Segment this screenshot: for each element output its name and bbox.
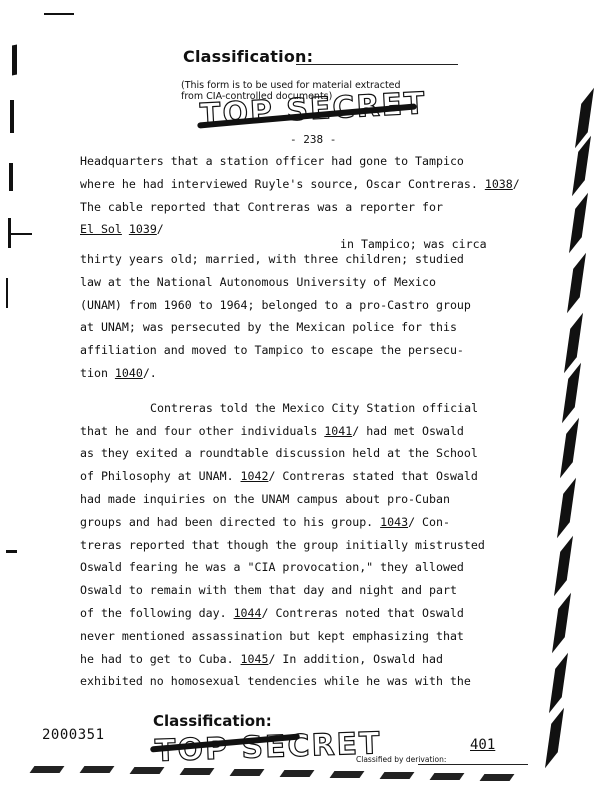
footer-rhombus-mark [480,774,515,781]
footer-rhombus-mark [430,773,465,780]
footer-rhombus-mark [80,766,115,773]
classification-line-top [296,64,458,65]
text-line: affiliation and moved to Tampico to esca… [80,339,550,362]
footer-rhombus-mark [280,770,315,777]
text-line: where he had interviewed Ruyle's source,… [80,173,550,196]
page-number-top: - 238 - [290,133,336,146]
text-line: groups and had been directed to his grou… [80,511,550,534]
footer-rhombus-mark [330,771,365,778]
text-line: never mentioned assassination but kept e… [80,625,550,648]
text-line: Contreras told the Mexico City Station o… [80,397,550,420]
margin-rhombus-mark [567,253,586,313]
margin-scribble-mark [10,233,32,235]
page-number-bottom: 401 [470,737,495,753]
text-line: The cable reported that Contreras was a … [80,196,550,219]
classified-by-line [418,764,528,765]
footnote-ref: 1038 [485,177,513,191]
text-line: Headquarters that a station officer had … [80,150,550,173]
footnote-ref: 1043 [380,515,408,529]
margin-rhombus-mark [554,536,573,596]
text-line: that he and four other individuals 1041/… [80,420,550,443]
classification-label-bottom: Classification: [153,712,272,730]
footnote-ref: 1039 [129,222,157,236]
text-line: at UNAM; was persecuted by the Mexican p… [80,316,550,339]
classification-label-top: Classification: [183,47,313,66]
footnote-ref: 1041 [324,424,352,438]
text-line: (UNAM) from 1960 to 1964; belonged to a … [80,294,550,317]
text-line: tion 1040/. [80,362,550,385]
margin-bar-mark [9,163,13,191]
top-dash-mark [44,13,74,15]
classified-by-label: Classified by derivation: [356,755,446,764]
text-line: of the following day. 1044/ Contreras no… [80,602,550,625]
text-line: Oswald to remain with them that day and … [80,579,550,602]
margin-bar-mark [10,100,14,133]
margin-bracket-mark [12,45,17,76]
margin-dash-mark [6,550,17,553]
footnote-ref: 1042 [241,469,269,483]
margin-rhombus-mark [560,418,579,478]
text-line: had made inquiries on the UNAM campus ab… [80,488,550,511]
text-line: law at the National Autonomous Universit… [80,271,550,294]
margin-rhombus-mark [545,708,564,768]
footnote-ref: 1045 [241,652,269,666]
text-line: of Philosophy at UNAM. 1042/ Contreras s… [80,465,550,488]
text-line: Oswald fearing he was a "CIA provocation… [80,556,550,579]
footer-rhombus-mark [180,768,215,775]
footer-rhombus-mark [130,767,165,774]
document-id: 2000351 [42,727,105,743]
footer-rhombus-mark [230,769,265,776]
text-line: treras reported that though the group in… [80,534,550,557]
footer-rhombus-mark [30,766,65,773]
newspaper-name: El Sol [80,222,122,236]
margin-rhombus-mark [549,653,568,713]
footnote-ref: 1040 [115,366,143,380]
footer-rhombus-mark [380,772,415,779]
margin-rhombus-mark [575,88,594,148]
margin-rhombus-mark [557,478,576,538]
document-body: Headquarters that a station officer had … [80,150,550,693]
text-line: as they exited a roundtable discussion h… [80,442,550,465]
text-line: exhibited no homosexual tendencies while… [80,670,550,693]
margin-rhombus-mark [552,593,571,653]
margin-bar-mark [6,278,8,308]
margin-rhombus-mark [569,193,588,253]
footnote-ref: 1044 [234,606,262,620]
text-line: he had to get to Cuba. 1045/ In addition… [80,648,550,671]
